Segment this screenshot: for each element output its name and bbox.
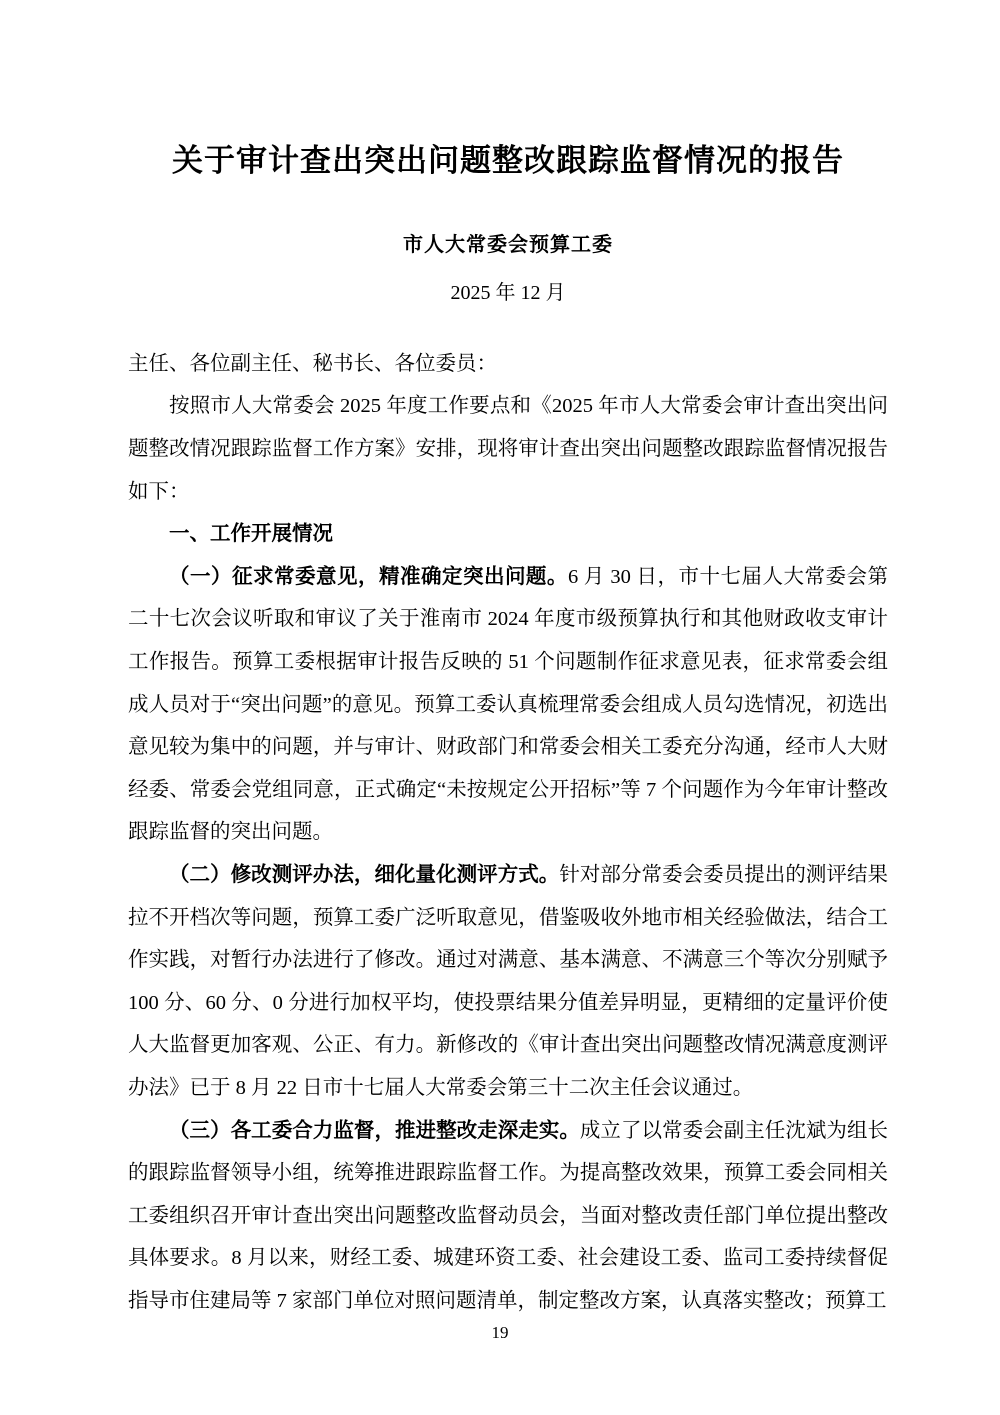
paragraph-item-3-text: 成立了以常委会副主任沈斌为组长的跟踪监督领导小组，统筹推进跟踪监督工作。为提高整… — [128, 1120, 888, 1312]
document-page: 关于审计查出突出问题整改跟踪监督情况的报告 市人大常委会预算工委 2025 年 … — [0, 0, 1000, 1415]
paragraph-item-1-lead: （一）征求常委意见，精准确定突出问题。 — [169, 566, 568, 588]
document-title: 关于审计查出突出问题整改跟踪监督情况的报告 — [128, 140, 888, 182]
document-author: 市人大常委会预算工委 — [128, 228, 888, 257]
paragraph-item-1: （一）征求常委意见，精准确定突出问题。6 月 30 日，市十七届人大常委会第二十… — [128, 556, 888, 854]
section-heading-work-progress: 一、工作开展情况 — [128, 513, 888, 556]
paragraph-item-2-text: 针对部分常委会委员提出的测评结果拉不开档次等问题，预算工委广泛听取意见，借鉴吸收… — [128, 864, 888, 1099]
paragraph-item-1-text: 6 月 30 日，市十七届人大常委会第二十七次会议听取和审议了关于淮南市 202… — [128, 566, 888, 844]
paragraph-item-2: （二）修改测评办法，细化量化测评方式。针对部分常委会委员提出的测评结果拉不开档次… — [128, 854, 888, 1110]
paragraph-item-3-lead: （三）各工委合力监督，推进整改走深走实。 — [169, 1120, 580, 1142]
salutation: 主任、各位副主任、秘书长、各位委员： — [128, 343, 888, 386]
page-number: 19 — [0, 1323, 1000, 1343]
intro-paragraph: 按照市人大常委会 2025 年度工作要点和《2025 年市人大常委会审计查出突出… — [128, 385, 888, 513]
paragraph-item-2-lead: （二）修改测评办法，细化量化测评方式。 — [169, 864, 559, 886]
document-date: 2025 年 12 月 — [128, 276, 888, 305]
paragraph-item-3: （三）各工委合力监督，推进整改走深走实。成立了以常委会副主任沈斌为组长的跟踪监督… — [128, 1110, 888, 1323]
